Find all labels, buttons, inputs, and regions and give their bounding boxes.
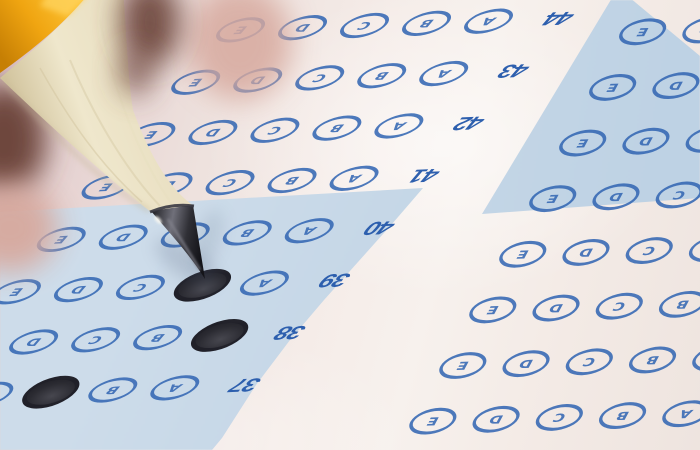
- bubble-39-a[interactable]: A: [232, 270, 298, 297]
- bubble-letter: B: [371, 69, 393, 82]
- bubble-38-e[interactable]: E: [0, 331, 4, 358]
- bubble-adj-5-c[interactable]: C: [650, 181, 700, 209]
- bubble-adj-7-d[interactable]: D: [646, 72, 700, 100]
- bubble-letter: E: [230, 23, 251, 36]
- bubble-38-c[interactable]: C: [63, 326, 129, 353]
- bubble-37-d[interactable]: D: [0, 381, 22, 408]
- bubble-44-b[interactable]: B: [394, 10, 460, 37]
- bubble-letter: B: [281, 174, 303, 187]
- bubble-letter: E: [454, 359, 472, 373]
- bubble-adj-2-d[interactable]: D: [496, 350, 555, 378]
- photo-pencil-on-answer-sheet: 37ABCDE38ABCDE39ABCDE40ABCDE41ABCDE42ABC…: [0, 0, 700, 450]
- bubble-letter: D: [486, 412, 506, 426]
- bubble-letter: B: [147, 331, 169, 344]
- bubble-letter: A: [164, 381, 186, 394]
- bubble-adj-2-b[interactable]: B: [623, 346, 682, 374]
- bubble-letter: D: [546, 301, 566, 315]
- bubble-letter: B: [415, 17, 437, 30]
- bubble-letter: E: [634, 25, 652, 39]
- bubble-letter: E: [51, 233, 72, 246]
- bubble-letter: D: [606, 190, 626, 204]
- bubble-letter: E: [96, 181, 117, 194]
- bubble-37-b[interactable]: B: [80, 377, 146, 404]
- bubble-letter: D: [22, 335, 45, 348]
- bubble-adj-1-d[interactable]: D: [466, 405, 525, 433]
- bubble-letter: D: [67, 283, 90, 296]
- bubble-letter: D: [246, 74, 269, 87]
- bubble-43-c[interactable]: C: [287, 65, 353, 92]
- bubble-letter: A: [343, 172, 365, 185]
- bubble-letter: D: [112, 231, 135, 244]
- bubble-letter: D: [666, 79, 686, 93]
- bubble-39-c[interactable]: C: [108, 274, 174, 301]
- bubble-adj-3-c[interactable]: C: [590, 292, 649, 320]
- bubble-letter: A: [433, 67, 455, 80]
- bubble-40-d[interactable]: D: [90, 224, 156, 251]
- bubble-adj-3-b[interactable]: B: [653, 290, 700, 318]
- bubble-letter: B: [643, 353, 662, 367]
- bubble-38-d[interactable]: D: [1, 329, 67, 356]
- bubble-adj-4-d[interactable]: D: [556, 238, 615, 266]
- bubble-44-a[interactable]: A: [456, 8, 522, 35]
- bubble-41-d[interactable]: D: [135, 171, 201, 198]
- bubble-39-d[interactable]: D: [46, 276, 112, 303]
- bubble-adj-1-c[interactable]: C: [530, 403, 589, 431]
- bubble-letter: D: [201, 126, 224, 139]
- bubble-letter: E: [514, 247, 532, 261]
- bubble-39-e[interactable]: E: [0, 278, 49, 305]
- bubble-letter: E: [424, 414, 442, 428]
- bubble-41-a[interactable]: A: [321, 165, 387, 192]
- bubble-41-c[interactable]: C: [197, 169, 263, 196]
- bubble-letter: C: [354, 19, 376, 32]
- bubble-letter: C: [174, 229, 196, 242]
- bubble-adj-2-a[interactable]: A: [686, 344, 700, 372]
- bubble-letter: E: [185, 76, 206, 89]
- bubble-43-d[interactable]: D: [225, 67, 291, 94]
- bubble-adj-5-d[interactable]: D: [586, 183, 645, 211]
- bubble-42-c[interactable]: C: [242, 117, 308, 144]
- bubble-letter: D: [696, 23, 700, 37]
- bubble-letter: B: [102, 384, 124, 397]
- bubble-letter: A: [388, 119, 410, 132]
- bubble-adj-1-a[interactable]: A: [656, 400, 700, 428]
- bubble-letter: C: [130, 281, 152, 294]
- bubble-42-d[interactable]: D: [180, 119, 246, 146]
- bubble-letter: D: [516, 357, 536, 371]
- bubble-letter: D: [291, 21, 314, 34]
- bubble-letter: B: [236, 226, 258, 239]
- bubble-adj-4-b[interactable]: B: [683, 235, 700, 263]
- bubble-40-c[interactable]: C: [152, 222, 218, 249]
- bubble-40-a[interactable]: A: [276, 217, 342, 244]
- bubble-adj-8-d[interactable]: D: [676, 16, 700, 44]
- bubble-37-a[interactable]: A: [142, 374, 208, 401]
- bubble-letter: E: [604, 81, 622, 95]
- bubble-letter: C: [640, 244, 658, 258]
- bubble-43-a[interactable]: A: [411, 60, 477, 87]
- bubble-41-b[interactable]: B: [259, 167, 325, 194]
- bubble-43-b[interactable]: B: [349, 62, 415, 89]
- bubble-letter: E: [574, 136, 592, 150]
- bubble-letter: C: [610, 299, 628, 313]
- bubble-letter: B: [326, 122, 348, 135]
- bubble-adj-6-c[interactable]: C: [680, 125, 700, 153]
- bubble-letter: B: [613, 409, 632, 423]
- bubble-letter: C: [264, 124, 286, 137]
- bubble-letter: C: [309, 71, 331, 84]
- bubble-adj-1-b[interactable]: B: [593, 402, 652, 430]
- bubble-letter: E: [484, 303, 502, 317]
- bubble-adj-2-c[interactable]: C: [560, 348, 619, 376]
- bubble-letter: A: [477, 15, 499, 28]
- bubble-adj-6-d[interactable]: D: [616, 127, 675, 155]
- bubble-42-a[interactable]: A: [366, 113, 432, 140]
- bubble-letter: E: [544, 192, 562, 206]
- bubble-44-c[interactable]: C: [332, 12, 398, 39]
- bubble-adj-4-c[interactable]: C: [620, 237, 679, 265]
- bubble-letter: C: [219, 176, 241, 189]
- bubble-adj-3-d[interactable]: D: [526, 294, 585, 322]
- bubble-letter: E: [6, 285, 27, 298]
- bubble-letter: B: [673, 297, 692, 311]
- bubble-40-b[interactable]: B: [214, 219, 280, 246]
- bubble-letter: A: [298, 224, 320, 237]
- bubble-letter: C: [580, 355, 598, 369]
- bubble-letter: A: [253, 277, 275, 290]
- bubble-38-b[interactable]: B: [125, 324, 191, 351]
- bubble-letter: D: [156, 178, 179, 191]
- bubble-44-d[interactable]: D: [270, 14, 336, 41]
- bubble-letter: D: [636, 134, 656, 148]
- bubble-letter: C: [550, 411, 568, 425]
- bubble-letter: C: [85, 333, 107, 346]
- bubble-letter: E: [140, 128, 161, 141]
- bubble-letter: A: [676, 407, 695, 421]
- bubble-letter: D: [576, 246, 596, 260]
- bubble-42-b[interactable]: B: [304, 115, 370, 142]
- bubble-letter: C: [670, 188, 688, 202]
